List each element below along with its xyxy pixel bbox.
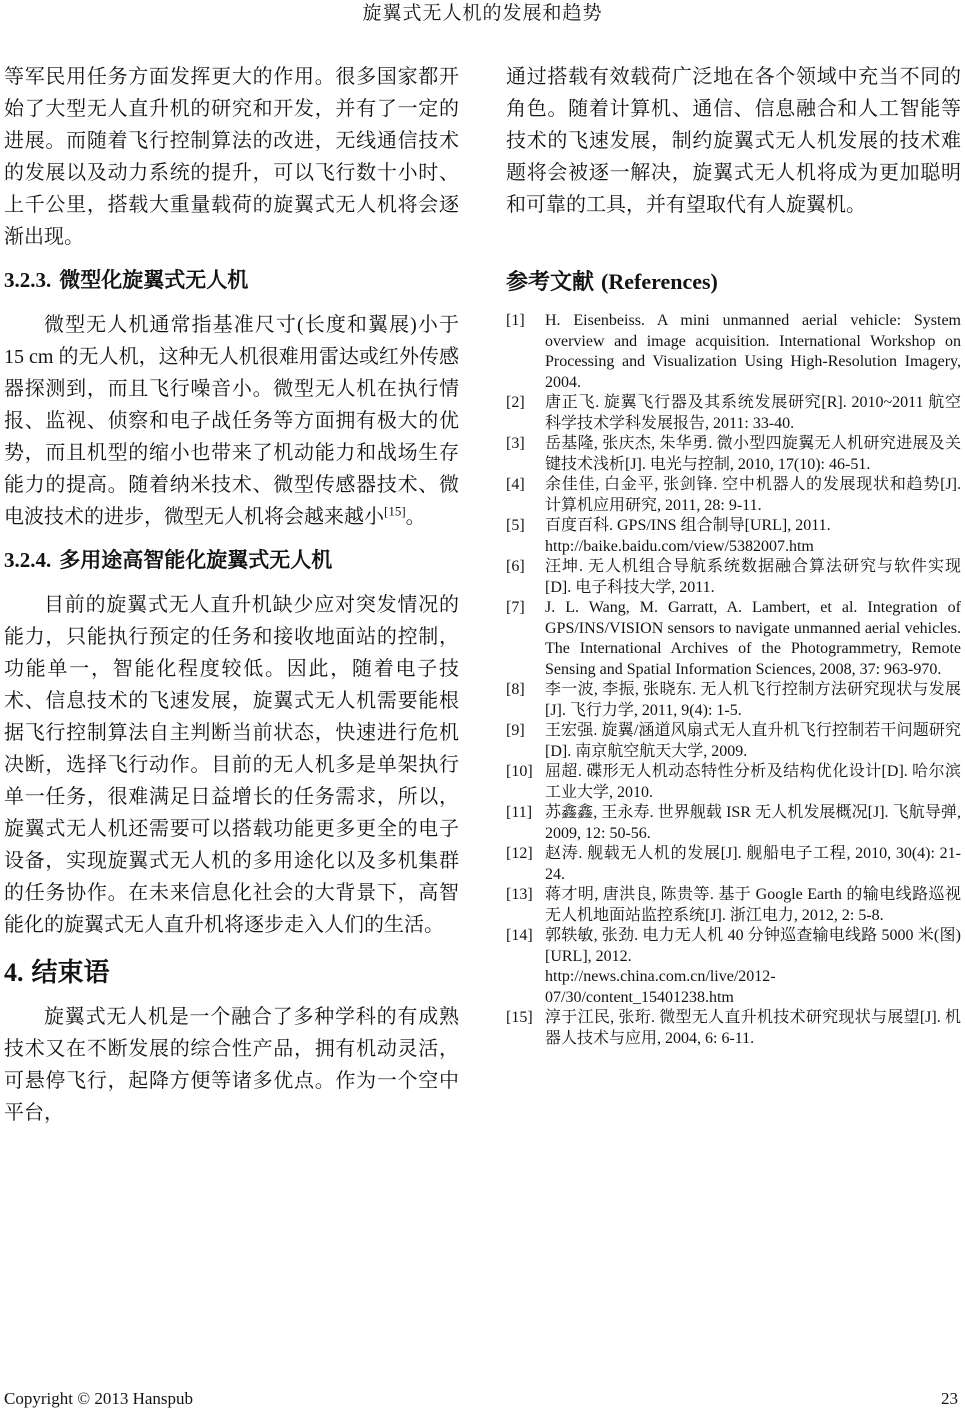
reference-label: [12]: [506, 844, 545, 885]
right-column: 通过搭载有效载荷广泛地在各个领域中充当不同的角色。随着计算机、通信、信息融合和人…: [506, 61, 961, 1129]
reference-item: [1]H. Eisenbeiss. A mini unmanned aerial…: [506, 311, 961, 393]
heading-number: 4.: [4, 958, 24, 987]
reference-label: [4]: [506, 475, 545, 516]
reference-text: 蒋才明, 唐洪良, 陈贵等. 基于 Google Earth 的输电线路巡视无人…: [545, 885, 961, 926]
reference-label: [8]: [506, 680, 545, 721]
two-column-layout: 等军民用任务方面发挥更大的作用。很多国家都开始了大型无人直升机的研究和开发，并有…: [4, 61, 961, 1129]
page-title: 旋翼式无人机的发展和趋势: [4, 2, 961, 26]
reference-item: [11]苏鑫鑫, 王永寿. 世界舰载 ISR 无人机发展概况[J]. 飞航导弹,…: [506, 803, 961, 844]
reference-text: 汪坤. 无人机组合导航系统数据融合算法研究与软件实现[D]. 电子科技大学, 2…: [545, 557, 961, 598]
section-heading: 4.结束语: [4, 955, 459, 990]
left-column: 等军民用任务方面发挥更大的作用。很多国家都开始了大型无人直升机的研究和开发，并有…: [4, 61, 459, 1129]
page-number: 23: [941, 1388, 958, 1409]
reference-label: [15]: [506, 1008, 545, 1049]
subsection-heading: 3.2.4.多用途高智能化旋翼式无人机: [4, 545, 459, 576]
heading-text: 微型化旋翼式无人机: [59, 269, 248, 292]
body-paragraph: 旋翼式无人机是一个融合了多种学科的有成熟技术又在不断发展的综合性产品，拥有机动灵…: [4, 1001, 459, 1129]
reference-label: [14]: [506, 926, 545, 1008]
reference-item: [9]王宏强. 旋翼/涵道风扇式无人直升机飞行控制若干问题研究[D]. 南京航空…: [506, 721, 961, 762]
reference-item: [15]淳于江民, 张珩. 微型无人直升机技术研究现状与展望[J]. 机器人技术…: [506, 1008, 961, 1049]
reference-label: [3]: [506, 434, 545, 475]
body-paragraph: 等军民用任务方面发挥更大的作用。很多国家都开始了大型无人直升机的研究和开发，并有…: [4, 61, 459, 253]
reference-text: 余佳佳, 白金平, 张剑锋. 空中机器人的发展现状和趋势[J]. 计算机应用研究…: [545, 475, 961, 516]
reference-text: 屈超. 碟形无人机动态特性分析及结构优化设计[D]. 哈尔滨工业大学, 2010…: [545, 762, 961, 803]
reference-text: 赵涛. 舰载无人机的发展[J]. 舰船电子工程, 2010, 30(4): 21…: [545, 844, 961, 885]
reference-label: [2]: [506, 393, 545, 434]
reference-item: [7]J. L. Wang, M. Garratt, A. Lambert, e…: [506, 598, 961, 680]
references-heading-zh: 参考文献: [506, 269, 594, 294]
reference-item: [3]岳基隆, 张庆杰, 朱华勇. 微小型四旋翼无人机研究进展及关键技术浅析[J…: [506, 434, 961, 475]
reference-item: [2]唐正飞. 旋翼飞行器及其系统发展研究[R]. 2010~2011 航空科学…: [506, 393, 961, 434]
references-list: [1]H. Eisenbeiss. A mini unmanned aerial…: [506, 311, 961, 1049]
reference-text: 王宏强. 旋翼/涵道风扇式无人直升机飞行控制若干问题研究[D]. 南京航空航天大…: [545, 721, 961, 762]
reference-label: [10]: [506, 762, 545, 803]
reference-text: J. L. Wang, M. Garratt, A. Lambert, et a…: [545, 598, 961, 680]
reference-label: [1]: [506, 311, 545, 393]
footer: Copyright © 2013 Hanspub 23: [4, 1388, 958, 1409]
citation-superscript: [15]: [384, 503, 406, 518]
reference-label: [13]: [506, 885, 545, 926]
reference-text: 淳于江民, 张珩. 微型无人直升机技术研究现状与展望[J]. 机器人技术与应用,…: [545, 1008, 961, 1049]
copyright-text: Copyright © 2013 Hanspub: [4, 1388, 193, 1409]
reference-text: 李一波, 李振, 张晓东. 无人机飞行控制方法研究现状与发展[J]. 飞行力学,…: [545, 680, 961, 721]
reference-item: [5]百度百科. GPS/INS 组合制导[URL], 2011.http://…: [506, 516, 961, 557]
reference-item: [4]余佳佳, 白金平, 张剑锋. 空中机器人的发展现状和趋势[J]. 计算机应…: [506, 475, 961, 516]
heading-number: 3.2.3.: [4, 268, 51, 292]
document-page: 旋翼式无人机的发展和趋势 等军民用任务方面发挥更大的作用。很多国家都开始了大型无…: [0, 0, 965, 1414]
reference-label: [5]: [506, 516, 545, 557]
references-heading-en: (References): [601, 269, 718, 294]
subsection-heading: 3.2.3.微型化旋翼式无人机: [4, 265, 459, 296]
reference-text: 岳基隆, 张庆杰, 朱华勇. 微小型四旋翼无人机研究进展及关键技术浅析[J]. …: [545, 434, 961, 475]
reference-label: [9]: [506, 721, 545, 762]
reference-item: [6]汪坤. 无人机组合导航系统数据融合算法研究与软件实现[D]. 电子科技大学…: [506, 557, 961, 598]
body-paragraph: 目前的旋翼式无人直升机缺少应对突发情况的能力，只能执行预定的任务和接收地面站的控…: [4, 589, 459, 941]
heading-text: 结束语: [32, 957, 110, 987]
reference-item: [10]屈超. 碟形无人机动态特性分析及结构优化设计[D]. 哈尔滨工业大学, …: [506, 762, 961, 803]
references-heading: 参考文献(References): [506, 267, 961, 297]
heading-number: 3.2.4.: [4, 548, 51, 572]
reference-item: [13]蒋才明, 唐洪良, 陈贵等. 基于 Google Earth 的输电线路…: [506, 885, 961, 926]
body-paragraph: 微型无人机通常指基准尺寸(长度和翼展)小于 15 cm 的无人机，这种无人机很难…: [4, 309, 459, 533]
heading-text: 多用途高智能化旋翼式无人机: [59, 549, 332, 572]
reference-text: 郭轶敏, 张劲. 电力无人机 40 分钟巡查输电线路 5000 米(图)[URL…: [545, 926, 961, 1008]
reference-label: [7]: [506, 598, 545, 680]
reference-item: [14]郭轶敏, 张劲. 电力无人机 40 分钟巡查输电线路 5000 米(图)…: [506, 926, 961, 1008]
reference-item: [12]赵涛. 舰载无人机的发展[J]. 舰船电子工程, 2010, 30(4)…: [506, 844, 961, 885]
reference-text: 百度百科. GPS/INS 组合制导[URL], 2011.http://bai…: [545, 516, 961, 557]
reference-label: [11]: [506, 803, 545, 844]
reference-item: [8]李一波, 李振, 张晓东. 无人机飞行控制方法研究现状与发展[J]. 飞行…: [506, 680, 961, 721]
reference-text: 苏鑫鑫, 王永寿. 世界舰载 ISR 无人机发展概况[J]. 飞航导弹, 200…: [545, 803, 961, 844]
body-paragraph: 通过搭载有效载荷广泛地在各个领域中充当不同的角色。随着计算机、通信、信息融合和人…: [506, 61, 961, 221]
reference-label: [6]: [506, 557, 545, 598]
reference-text: H. Eisenbeiss. A mini unmanned aerial ve…: [545, 311, 961, 393]
reference-text: 唐正飞. 旋翼飞行器及其系统发展研究[R]. 2010~2011 航空科学技术学…: [545, 393, 961, 434]
